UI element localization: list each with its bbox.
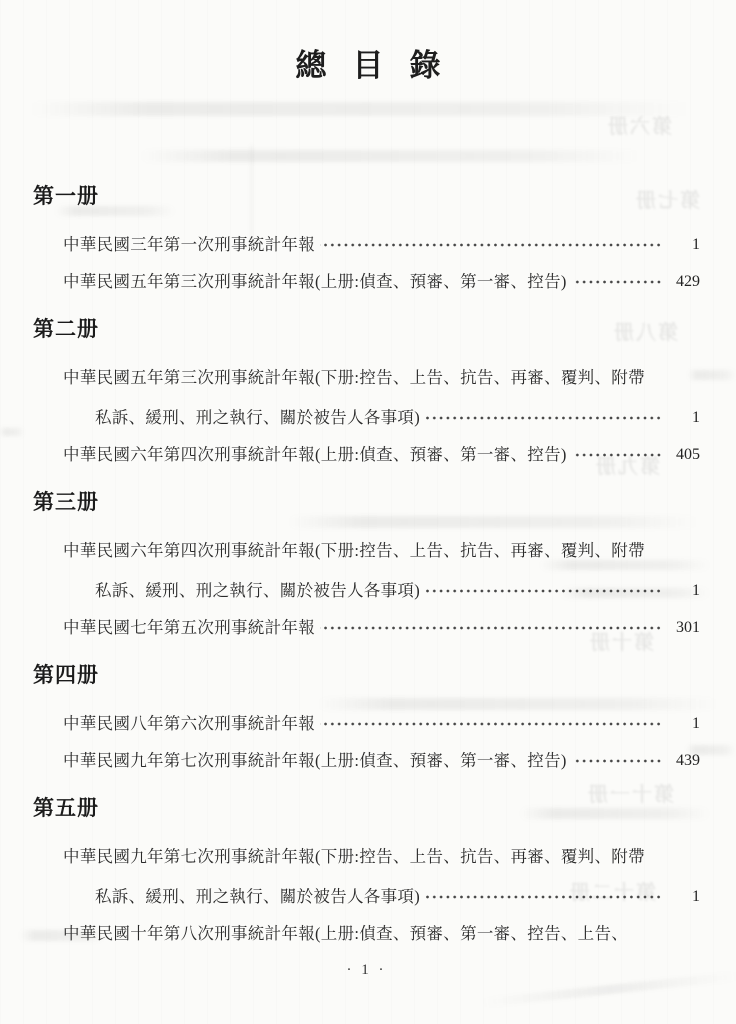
toc-entry: 中華民國五年第三次刑事統計年報(下册:控告、上告、抗告、再審、覆判、附帶 私訴、… [33,366,700,430]
toc-entry-line: 中華民國六年第四次刑事統計年報(下册:控告、上告、抗告、再審、覆判、附帶 [63,539,700,563]
entry-title-continuation: 私訴、緩刑、刑之執行、關於被告人各事項) [95,579,420,603]
entry-title: 中華民國三年第一次刑事統計年報 [63,233,315,257]
toc-entry-line: 中華民國三年第一次刑事統計年報 1 [63,233,700,257]
bleedthrough-smear [30,102,690,116]
toc-section-4: 第四册 中華民國八年第六次刑事統計年報 1 中華民國九年第七次刑事統計年報(上册… [33,662,700,773]
toc-entry-line: 中華民國六年第四次刑事統計年報(上册:偵查、預審、第一審、控告) 405 [63,443,700,467]
dot-leader [425,579,662,603]
toc-entry-line: 中華民國七年第五次刑事統計年報 301 [63,616,700,640]
page-number-footer: · 1 · [33,962,700,979]
toc-entry: 中華民國十年第八次刑事統計年報(上册:偵查、預審、第一審、控告、上告、 [33,922,700,946]
toc-entry-line-continuation: 私訴、緩刑、刑之執行、關於被告人各事項) 1 [63,406,700,430]
page-title: 總目錄 [0,0,736,88]
entry-title: 中華民國十年第八次刑事統計年報(上册:偵查、預審、第一審、控告、上告、 [63,922,628,946]
toc-entry: 中華民國九年第七次刑事統計年報(下册:控告、上告、抗告、再審、覆判、附帶 私訴、… [33,845,700,909]
toc-entry-line-continuation: 私訴、緩刑、刑之執行、關於被告人各事項) 1 [63,885,700,909]
toc-section-2: 第二册 中華民國五年第三次刑事統計年報(下册:控告、上告、抗告、再審、覆判、附帶… [33,316,700,467]
entry-page-number: 301 [670,616,700,640]
entry-page-number: 1 [670,406,700,430]
toc-entry-line-truncated: 中華民國十年第八次刑事統計年報(上册:偵查、預審、第一審、控告、上告、 [63,922,700,946]
toc-entry: 中華民國八年第六次刑事統計年報 1 [33,712,700,736]
dot-leader [320,616,662,640]
section-heading: 第五册 [33,795,700,821]
entry-title: 中華民國九年第七次刑事統計年報(下册:控告、上告、抗告、再審、覆判、附帶 [63,845,645,869]
scanned-toc-page: 第六册 第七册 第八册 第九册 第十册 第十一册 第十二册 總目錄 第一册 中華… [0,0,736,1024]
toc-entry-line: 中華民國八年第六次刑事統計年報 1 [63,712,700,736]
toc-entry: 中華民國三年第一次刑事統計年報 1 [33,233,700,257]
entry-page-number: 439 [670,749,700,773]
toc-section-3: 第三册 中華民國六年第四次刑事統計年報(下册:控告、上告、抗告、再審、覆判、附帶… [33,489,700,640]
dot-leader [320,712,662,736]
toc-entry: 中華民國九年第七次刑事統計年報(上册:偵查、預審、第一審、控告) 439 [33,749,700,773]
entry-page-number: 429 [670,270,700,294]
entry-title: 中華民國五年第三次刑事統計年報(上册:偵查、預審、第一審、控告) [63,270,567,294]
toc-entry-line: 中華民國九年第七次刑事統計年報(上册:偵查、預審、第一審、控告) 439 [63,749,700,773]
toc-content: 第一册 中華民國三年第一次刑事統計年報 1 中華民國五年第三次刑事統計年報(上册… [0,183,736,979]
entry-page-number: 1 [670,712,700,736]
toc-entry-line-continuation: 私訴、緩刑、刑之執行、關於被告人各事項) 1 [63,579,700,603]
section-heading: 第一册 [33,183,700,209]
entry-title: 中華民國五年第三次刑事統計年報(下册:控告、上告、抗告、再審、覆判、附帶 [63,366,645,390]
entry-title: 中華民國九年第七次刑事統計年報(上册:偵查、預審、第一審、控告) [63,749,567,773]
dot-leader [572,443,662,467]
toc-entry: 中華民國六年第四次刑事統計年報(上册:偵查、預審、第一審、控告) 405 [33,443,700,467]
entry-title-continuation: 私訴、緩刑、刑之執行、關於被告人各事項) [95,885,420,909]
entry-page-number: 405 [670,443,700,467]
entry-page-number: 1 [670,885,700,909]
section-heading: 第二册 [33,316,700,342]
entry-page-number: 1 [670,233,700,257]
entry-title: 中華民國八年第六次刑事統計年報 [63,712,315,736]
dot-leader [320,233,662,257]
section-heading: 第三册 [33,489,700,515]
entry-title: 中華民國六年第四次刑事統計年報(下册:控告、上告、抗告、再審、覆判、附帶 [63,539,645,563]
dot-leader [425,885,662,909]
toc-entry: 中華民國六年第四次刑事統計年報(下册:控告、上告、抗告、再審、覆判、附帶 私訴、… [33,539,700,603]
entry-title: 中華民國七年第五次刑事統計年報 [63,616,315,640]
dot-leader [572,749,662,773]
toc-entry-line: 中華民國五年第三次刑事統計年報(下册:控告、上告、抗告、再審、覆判、附帶 [63,366,700,390]
entry-title: 中華民國六年第四次刑事統計年報(上册:偵查、預審、第一審、控告) [63,443,567,467]
toc-entry: 中華民國七年第五次刑事統計年報 301 [33,616,700,640]
toc-entry-line: 中華民國九年第七次刑事統計年報(下册:控告、上告、抗告、再審、覆判、附帶 [63,845,700,869]
toc-section-5: 第五册 中華民國九年第七次刑事統計年報(下册:控告、上告、抗告、再審、覆判、附帶… [33,795,700,946]
bleedthrough-smear [140,150,640,162]
toc-entry: 中華民國五年第三次刑事統計年報(上册:偵查、預審、第一審、控告) 429 [33,270,700,294]
section-heading: 第四册 [33,662,700,688]
dot-leader [572,270,662,294]
toc-entry-line: 中華民國五年第三次刑事統計年報(上册:偵查、預審、第一審、控告) 429 [63,270,700,294]
toc-section-1: 第一册 中華民國三年第一次刑事統計年報 1 中華民國五年第三次刑事統計年報(上册… [33,183,700,294]
entry-page-number: 1 [670,579,700,603]
entry-title-continuation: 私訴、緩刑、刑之執行、關於被告人各事項) [95,406,420,430]
dot-leader [425,406,662,430]
